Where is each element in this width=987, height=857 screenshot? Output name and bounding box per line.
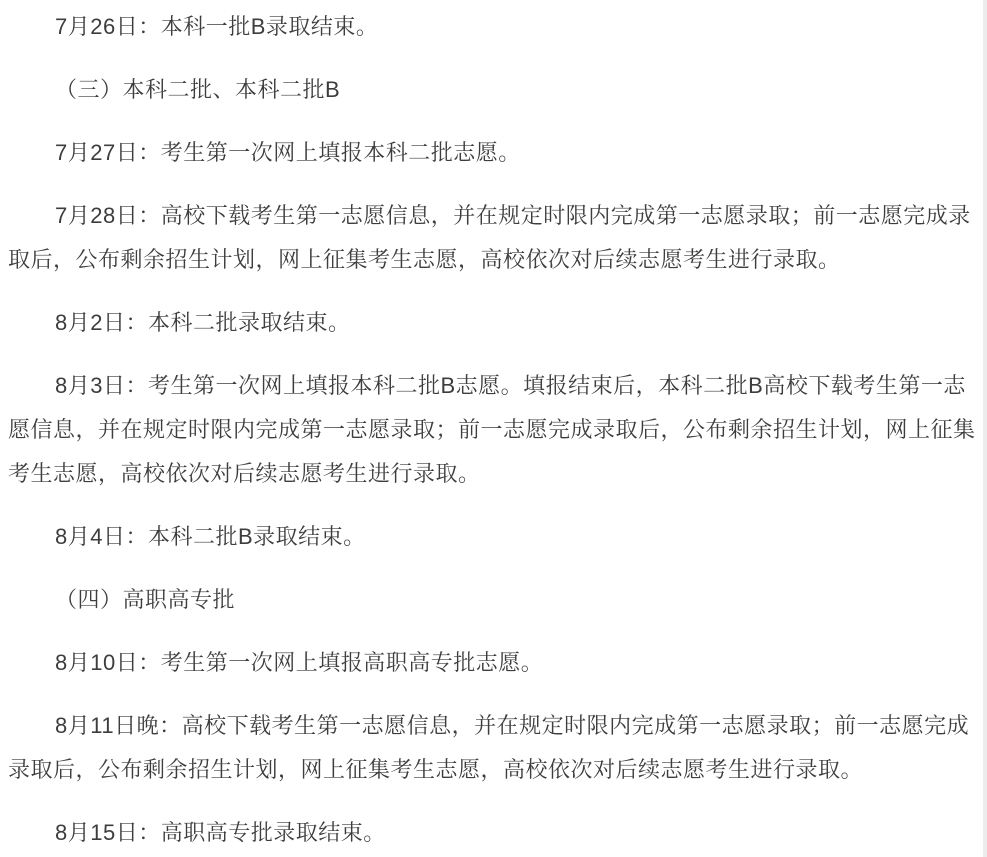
section-heading: （三）本科二批、本科二批B (8, 68, 978, 112)
article-body: 7月26日：本科一批B录取结束。 （三）本科二批、本科二批B 7月27日：考生第… (0, 0, 987, 855)
date-entry-paragraph: 7月27日：考生第一次网上填报本科二批志愿。 (8, 131, 978, 175)
section-heading: （四）高职高专批 (8, 578, 978, 622)
page-right-edge-divider (983, 0, 987, 857)
date-entry-paragraph: 8月10日：考生第一次网上填报高职高专批志愿。 (8, 641, 978, 685)
date-entry-paragraph: 8月15日：高职高专批录取结束。 (8, 811, 978, 855)
date-entry-paragraph: 8月11日晚：高校下载考生第一志愿信息，并在规定时限内完成第一志愿录取；前一志愿… (8, 704, 978, 792)
date-entry-paragraph: 8月4日：本科二批B录取结束。 (8, 515, 978, 559)
date-entry-paragraph: 8月3日：考生第一次网上填报本科二批B志愿。填报结束后，本科二批B高校下载考生第… (8, 364, 978, 496)
date-entry-paragraph: 8月2日：本科二批录取结束。 (8, 301, 978, 345)
date-entry-paragraph: 7月28日：高校下载考生第一志愿信息，并在规定时限内完成第一志愿录取；前一志愿完… (8, 194, 978, 282)
date-entry-paragraph: 7月26日：本科一批B录取结束。 (8, 5, 978, 49)
